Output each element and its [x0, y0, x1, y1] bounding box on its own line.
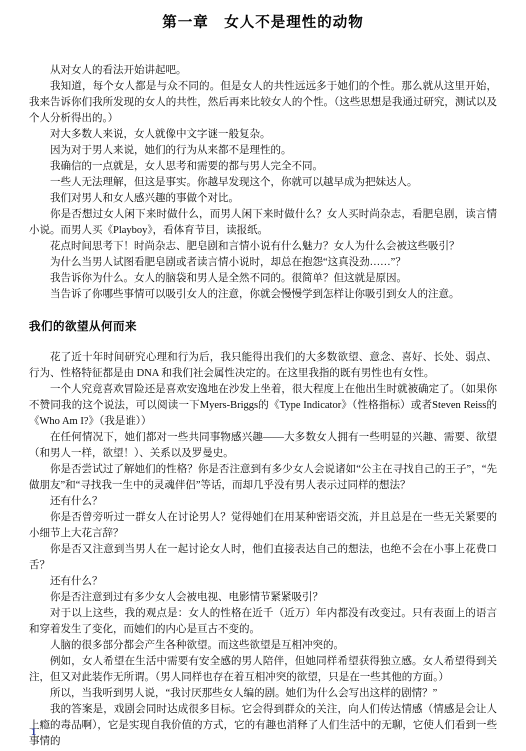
paragraph: 对于以上这些，我的观点是：女人的性格在近千（近万）年内都没有改变过。只有表面上的…	[29, 606, 497, 638]
paragraph: 还有什么？	[29, 574, 497, 590]
paragraph: 当告诉了你哪些事情可以吸引女人的注意，你就会慢慢学到怎样让你吸引到女人的注意。	[29, 287, 497, 303]
paragraph: 我知道，每个女人都是与众不同的。但是女人的共性远远多于她们的个性。那么就从这里开…	[29, 79, 497, 127]
paragraph: 例如，女人希望在生活中需要有安全感的男人陪伴，但她同样希望获得独立感。女人希望得…	[29, 654, 497, 686]
paragraph: 对大多数人来说，女人就像中文字谜一般复杂。	[29, 127, 497, 143]
paragraph: 我们对男人和女人感兴趣的事做个对比。	[29, 191, 497, 207]
paragraph: 花点时间思考下！时尚杂志、肥皂剧和言情小说有什么魅力？女人为什么会被这些吸引？	[29, 239, 497, 255]
paragraph: 因为对于男人来说，她们的行为从来都不是理性的。	[29, 143, 497, 159]
paragraph: 人脑的很多部分都会产生各种欲望。而这些欲望是互相冲突的。	[29, 638, 497, 654]
paragraph: 还有什么？	[29, 494, 497, 510]
paragraph: 你是否想过女人闲下来时做什么，而男人闲下来时做什么？女人买时尚杂志，看肥皂剧，读…	[29, 207, 497, 239]
page-number: 1	[31, 727, 36, 738]
paragraph: 你是否尝试过了解她们的性格？你是否注意到有多少女人会说诸如“公主在寻找自己的王子…	[29, 462, 497, 494]
paragraph: 花了近十年时间研究心理和行为后，我只能得出我们的大多数欲望、意念、喜好、长处、弱…	[29, 350, 497, 382]
paragraph: 一些人无法理解，但这是事实。你越早发现这个，你就可以越早成为把妹达人。	[29, 175, 497, 191]
paragraph: 我的答案是，戏剧会同时达成很多目标。它会得到群众的关注，向人们传达情感（情感是会…	[29, 702, 497, 750]
paragraph: 所以，当我听到男人说，“我讨厌那些女人编的剧。她们为什么会写出这样的剧情？”	[29, 686, 497, 702]
paragraph: 从对女人的看法开始讲起吧。	[29, 63, 497, 79]
paragraph: 我告诉你为什么。女人的脑袋和男人是全然不同的。很简单？但这就是原因。	[29, 271, 497, 287]
document-page: 第一章 女人不是理性的动物 从对女人的看法开始讲起吧。我知道，每个女人都是与众不…	[0, 0, 526, 751]
paragraph: 你是否曾旁听过一群女人在讨论男人？觉得她们在用某种密语交流，并且总是在一些无关紧…	[29, 510, 497, 542]
chapter-title: 第一章 女人不是理性的动物	[29, 13, 497, 33]
paragraph: 我确信的一点就是，女人思考和需要的都与男人完全不同。	[29, 159, 497, 175]
section-heading: 我们的欲望从何而来	[29, 318, 497, 334]
paragraph: 在任何情况下，她们都对一些共同事物感兴趣——大多数女人拥有一些明显的兴趣、需要、…	[29, 430, 497, 462]
paragraph: 为什么当男人试图看肥皂剧或者读言情小说时，却总在抱怨“这真没劲……”？	[29, 255, 497, 271]
paragraph: 你是否注意到过有多少女人会被电视、电影情节紧紧吸引？	[29, 590, 497, 606]
document-body: 从对女人的看法开始讲起吧。我知道，每个女人都是与众不同的。但是女人的共性远远多于…	[29, 63, 497, 750]
paragraph: 一个人究竟喜欢冒险还是喜欢安逸地在沙发上坐着，很大程度上在他出生时就被确定了。（…	[29, 382, 497, 430]
paragraph: 你是否又注意到当男人在一起讨论女人时，他们直接表达自己的想法，也绝不会在小事上花…	[29, 542, 497, 574]
